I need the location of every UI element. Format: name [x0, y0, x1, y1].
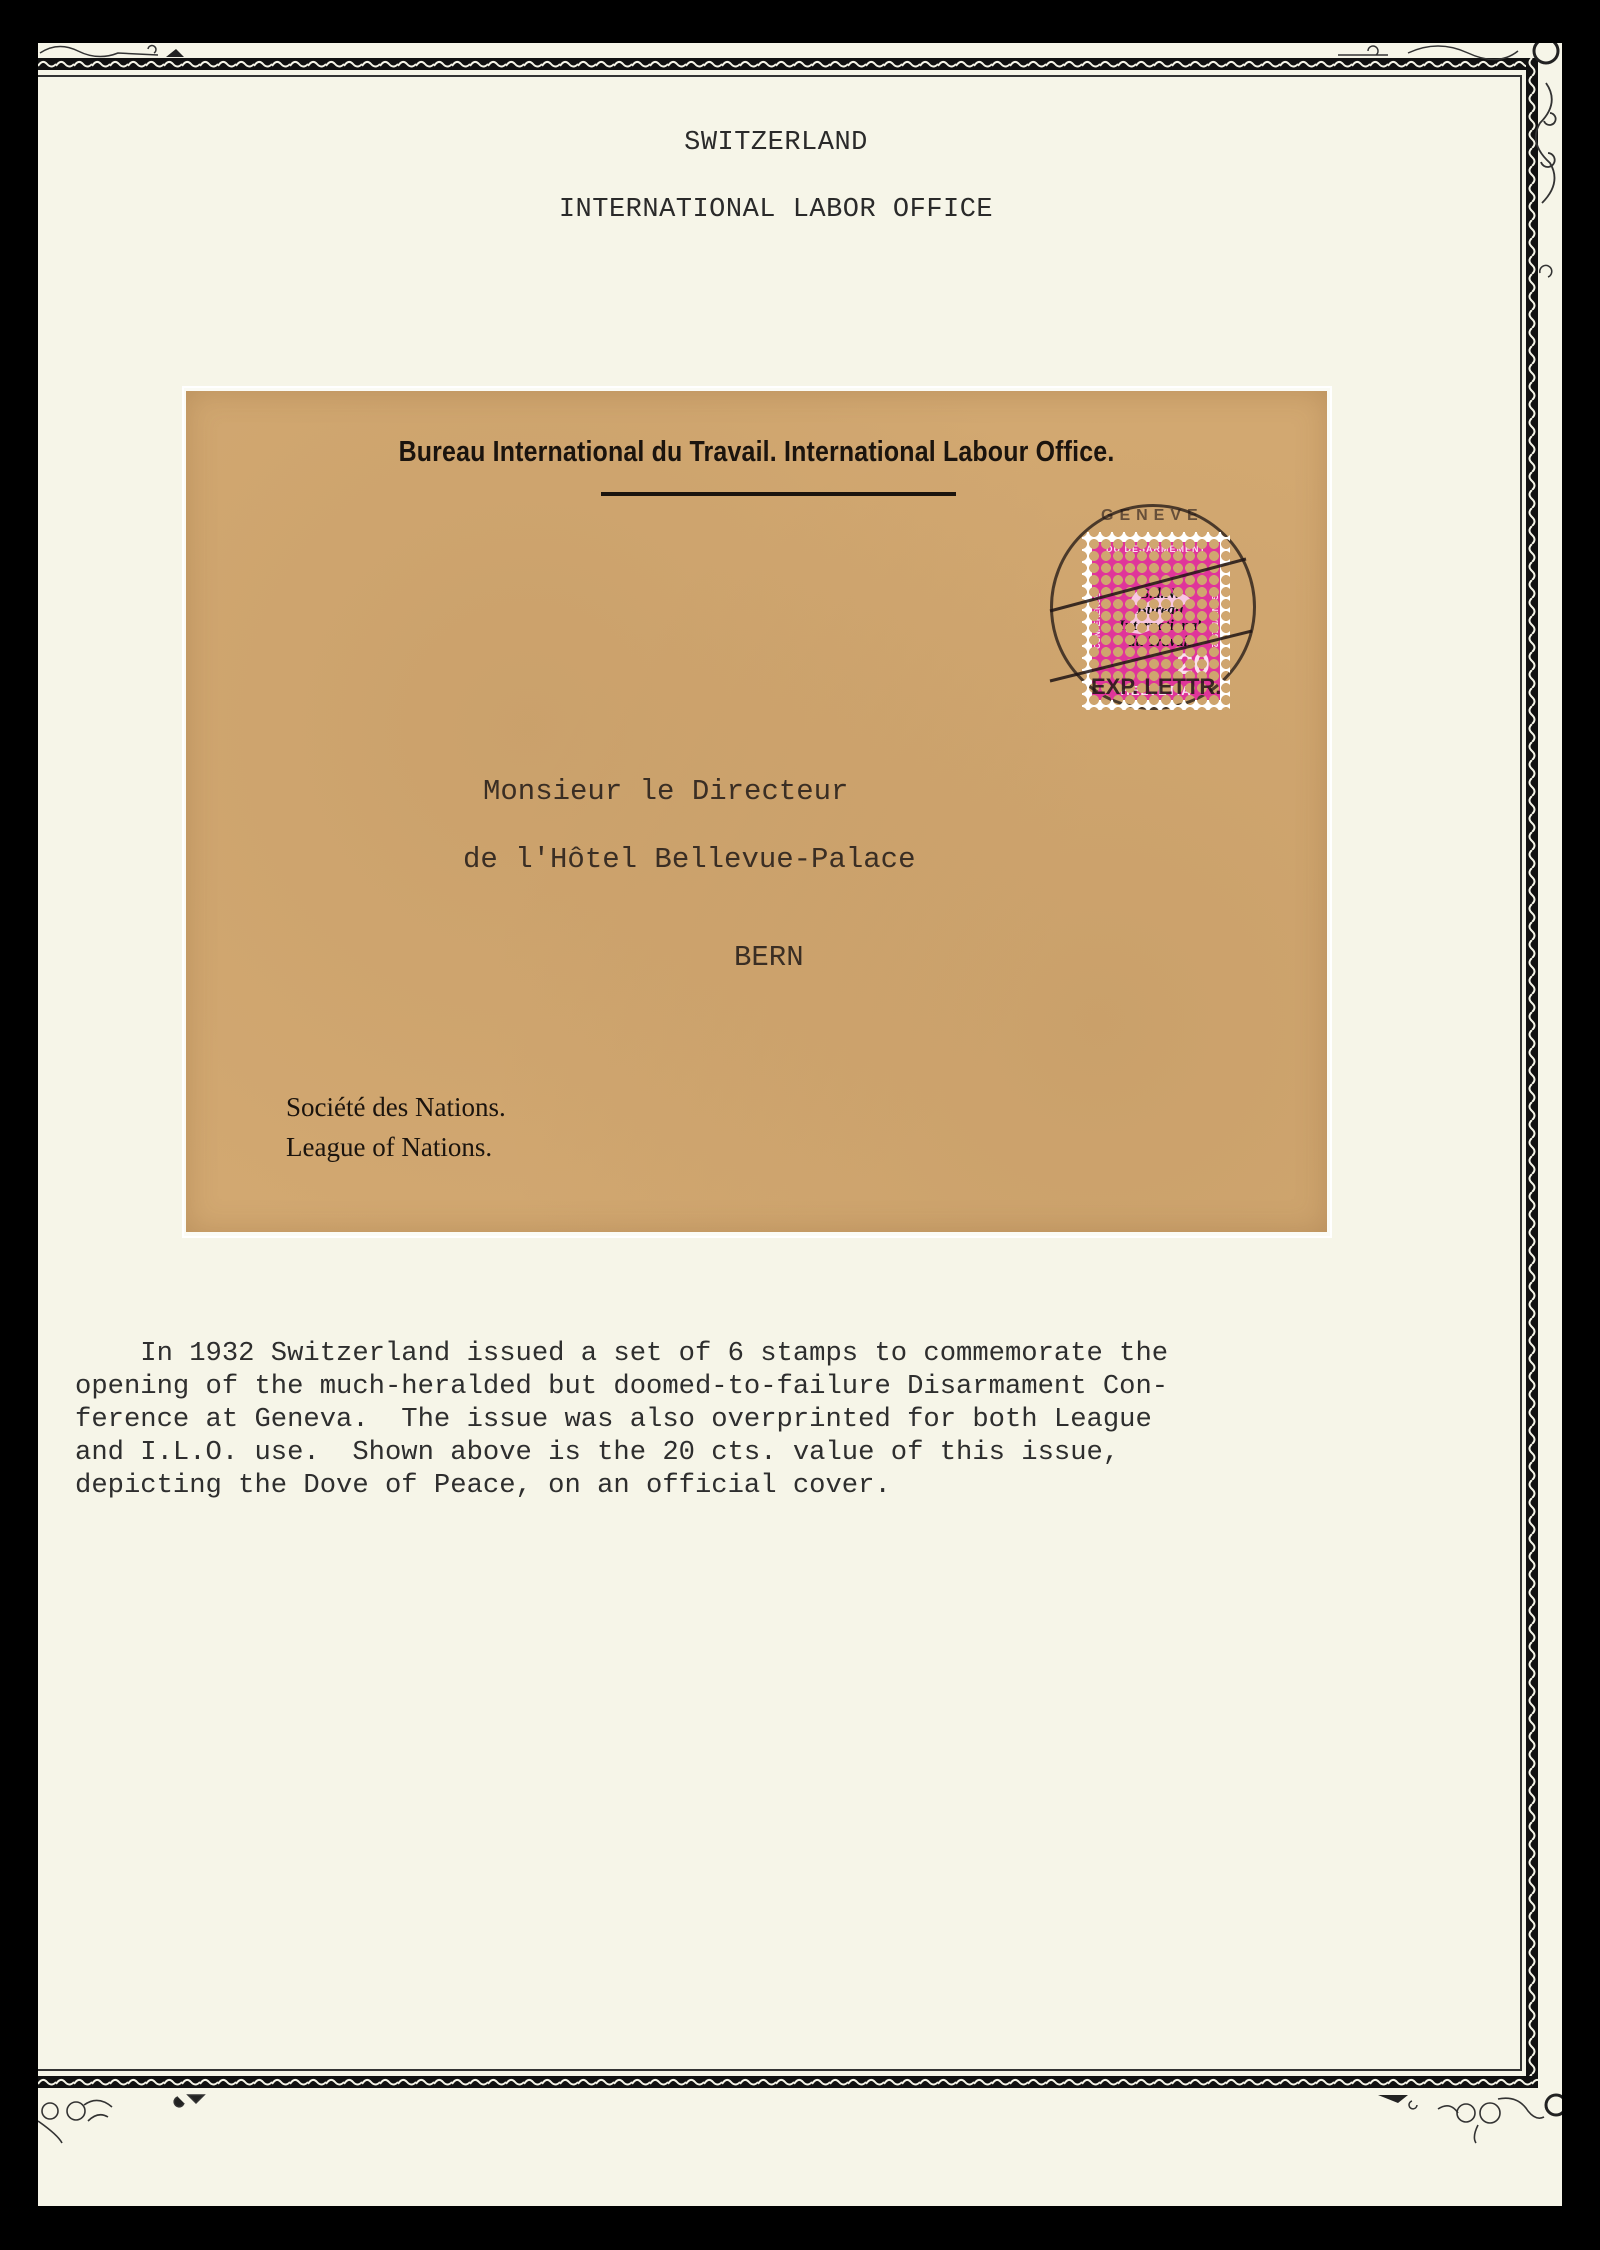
bottom-left-flourish-icon: [38, 2091, 218, 2151]
description-paragraph: In 1932 Switzerland issued a set of 6 st…: [75, 1337, 1475, 1502]
envelope-letterhead: Bureau International du Travail. Interna…: [266, 436, 1247, 469]
description-line: opening of the much-heralded but doomed-…: [75, 1370, 1475, 1403]
top-left-flourish-icon: [38, 43, 188, 59]
description-line: and I.L.O. use. Shown above is the 20 ct…: [75, 1436, 1475, 1469]
page-title: SWITZERLAND: [38, 128, 1514, 158]
sender-line-english: League of Nations.: [286, 1132, 492, 1163]
right-inner-rule: [1520, 75, 1522, 2071]
top-right-flourish-icon: [1328, 43, 1562, 343]
official-cover-envelope: Bureau International du Travail. Interna…: [186, 391, 1327, 1232]
postmark-top-text: GENEVE: [1101, 507, 1204, 525]
description-line: ference at Geneva. The issue was also ov…: [75, 1403, 1475, 1436]
description-line: depicting the Dove of Peace, on an offic…: [75, 1469, 1475, 1502]
top-inner-rule: [38, 75, 1522, 77]
address-line: de l'Hôtel Bellevue-Palace: [463, 843, 915, 876]
bottom-inner-rule: [38, 2069, 1522, 2071]
address-line: Monsieur le Directeur: [483, 775, 848, 808]
cancel-bars-icon: [1046, 551, 1256, 691]
letterhead-underline: [601, 492, 956, 496]
bottom-wave-border: [38, 2076, 1538, 2088]
address-city: BERN: [734, 941, 804, 974]
description-line: In 1932 Switzerland issued a set of 6 st…: [75, 1337, 1475, 1370]
sender-line-french: Société des Nations.: [286, 1092, 506, 1123]
bottom-right-flourish-icon: [1378, 2091, 1562, 2151]
top-wave-border: [38, 58, 1538, 70]
right-wave-border: [1526, 58, 1538, 2088]
page-subtitle: INTERNATIONAL LABOR OFFICE: [38, 195, 1514, 225]
